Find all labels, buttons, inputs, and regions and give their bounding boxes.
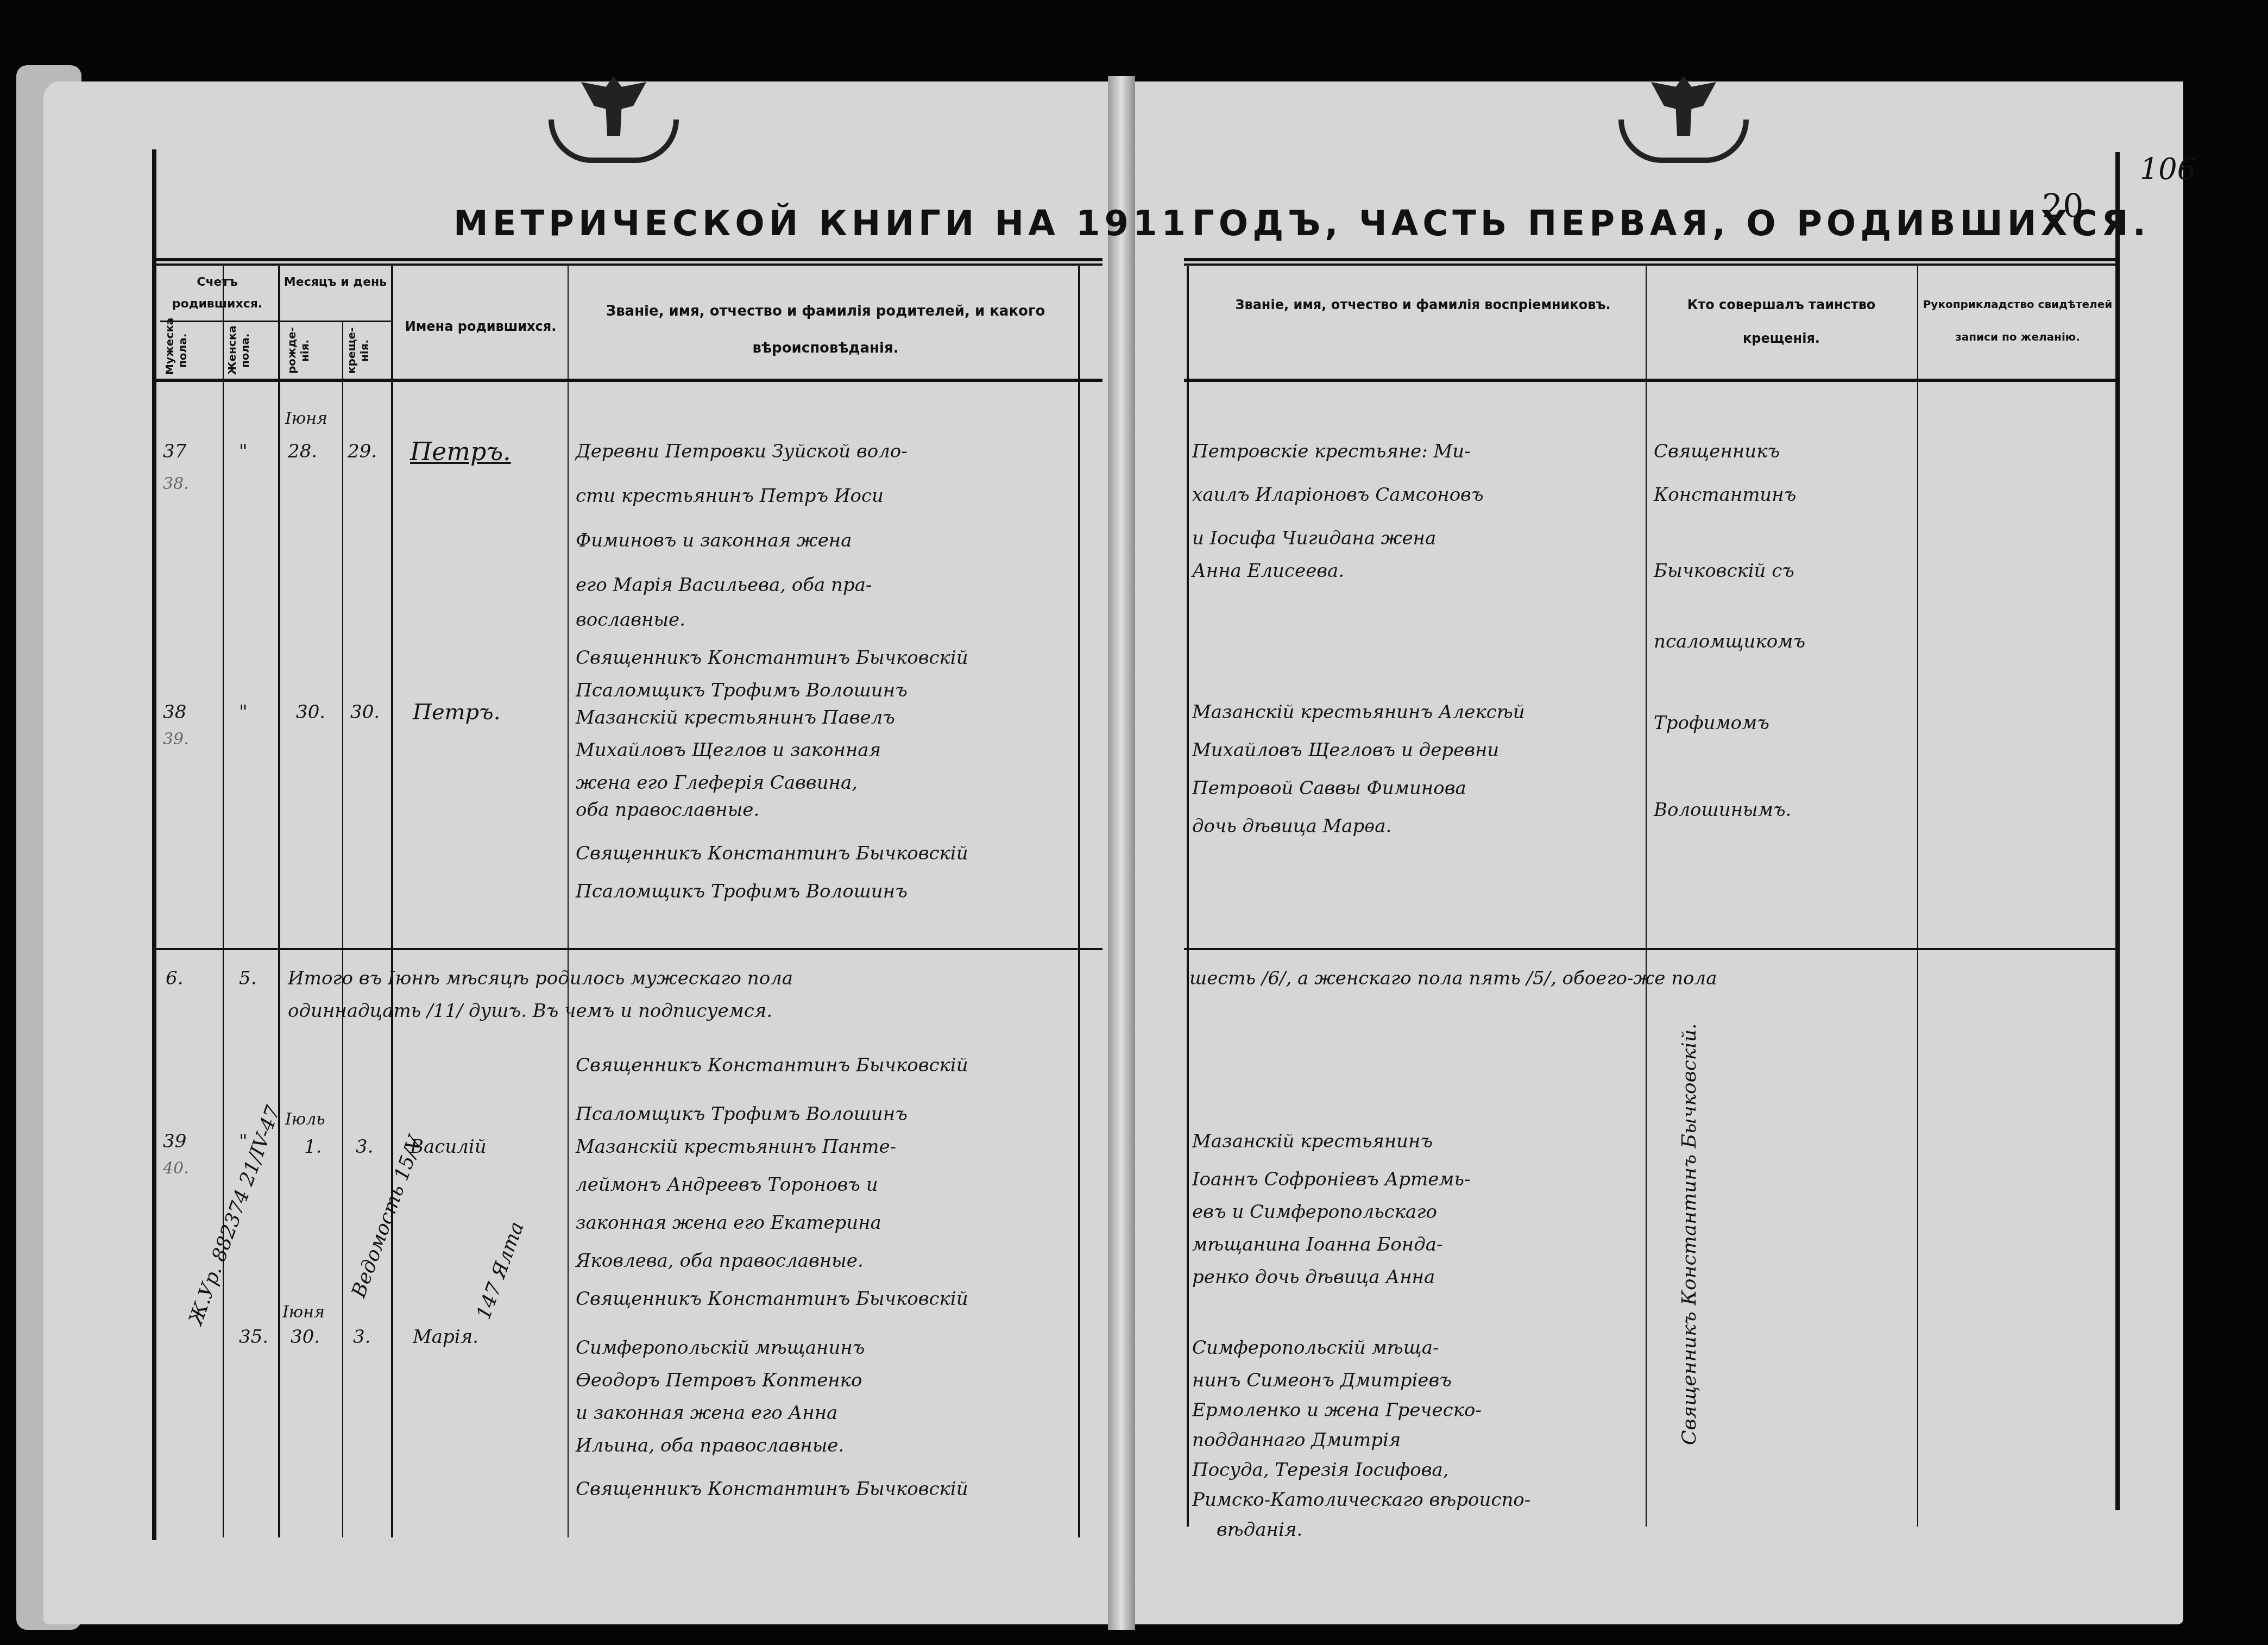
female-total: 5. [239, 956, 256, 1001]
header-count-group: Счетъ родившихся. [157, 272, 277, 315]
col-line [1917, 266, 1918, 1527]
child-name: Петръ. [410, 429, 511, 474]
book-spine [1108, 76, 1135, 1630]
signature-line: Псаломщикъ Трофимъ Волошинъ [576, 869, 908, 914]
header-parents: Званіе, имя, отчество и фамилія родителе… [587, 293, 1064, 367]
parents-line: Фиминовъ и законная жена [576, 518, 852, 563]
col-line [568, 266, 569, 1537]
subheader-rule [160, 321, 391, 322]
parents-line: Деревни Петровки Зуйской воло- [576, 429, 908, 474]
header-bottom-rule-left [155, 379, 1102, 382]
signature-line: Священникъ Константинъ Бычковскій [576, 1043, 968, 1088]
godparents-line: ренко дочь дѣвица Анна [1192, 1255, 1435, 1299]
archive-page-number: 106 [2140, 152, 2196, 186]
header-date-birth: рожде-нія. [285, 326, 339, 375]
female-count: " [239, 429, 248, 474]
officiant-line: псаломщикомъ [1654, 619, 1805, 664]
col-line [391, 266, 393, 1537]
male-count-alt: 39. [163, 717, 189, 762]
col-line [1078, 266, 1080, 1537]
header-godparents: Званіе, имя, отчество и фамилія воспріем… [1211, 288, 1635, 322]
right-page-title: ГОДЪ, ЧАСТЬ ПЕРВАЯ, О РОДИВШИХСЯ. [1192, 204, 2150, 244]
godparents-line: дочь дѣвица Марѳа. [1192, 804, 1391, 849]
parents-line: сти крестьянинъ Петръ Иоси [576, 474, 884, 518]
male-count-alt: 38. [163, 462, 189, 506]
officiant-line: Священникъ [1654, 429, 1780, 474]
child-name: Петръ. [413, 690, 500, 734]
signature-line: Священникъ Константинъ Бычковскій [576, 1277, 968, 1321]
female-count: 35. [239, 1315, 268, 1359]
officiant-line: Константинъ [1654, 473, 1796, 517]
imperial-eagle-emblem-left [549, 76, 679, 168]
vertical-officiant-note: Священникъ Константинъ Бычковскій. [1678, 1000, 1700, 1445]
officiant-line: Трофимомъ [1654, 701, 1769, 745]
header-date-group: Месяцъ и день [280, 272, 391, 293]
female-count: " [239, 690, 248, 734]
month-total-rule-left [155, 948, 1102, 950]
header-top-rule-right [1184, 258, 2118, 266]
left-page-title: МЕТРИЧЕСКОЙ КНИГИ НА 1911 [453, 204, 1190, 244]
baptism-day: 30. [350, 690, 380, 734]
birth-day: 30. [291, 1315, 320, 1359]
col-line [1187, 266, 1189, 1527]
child-name: Марія. [413, 1315, 478, 1359]
printed-page-number: 20 [2042, 187, 2083, 225]
summary-line: шесть /6/, а женскаго пола пять /5/, обо… [1189, 956, 1717, 1001]
parents-line: Ильина, оба православные. [576, 1423, 844, 1468]
col-line [342, 321, 343, 1537]
officiant-line: Бычковскій съ [1654, 549, 1794, 593]
godparents-line: Петровскіе крестьяне: Ми- [1192, 429, 1471, 474]
baptism-day: 3. [356, 1125, 373, 1169]
month-total-rule-right [1184, 948, 2118, 950]
godparents-line: вѣданія. [1217, 1508, 1302, 1552]
parents-line: оба православные. [576, 788, 759, 832]
imperial-eagle-emblem-right [1618, 76, 1749, 168]
ribbon-icon [549, 120, 679, 163]
male-count-alt: 40. [163, 1146, 189, 1191]
godparents-line: Анна Елисеева. [1192, 549, 1344, 593]
header-top-rule-left [155, 258, 1102, 266]
col-line [278, 266, 280, 1537]
header-names: Имена родившихся. [394, 315, 568, 338]
header-bottom-rule-right [1184, 379, 2118, 382]
birth-day: 28. [288, 429, 317, 474]
header-date-baptism: креще-нія. [345, 326, 388, 375]
header-count-male: Мужеска пола. [163, 326, 217, 375]
baptism-day: 3. [353, 1315, 370, 1359]
ribbon-icon [1618, 120, 1749, 163]
col-line [223, 266, 224, 1537]
godparents-line: хаилъ Иларіоновъ Самсоновъ [1192, 473, 1484, 517]
birth-day: 30. [296, 690, 325, 734]
officiant-line: Волошинымъ. [1654, 788, 1791, 832]
left-frame [152, 149, 156, 1540]
header-count-female: Женска пола. [225, 326, 277, 375]
right-frame [2115, 152, 2120, 1510]
baptism-day: 29. [348, 429, 377, 474]
summary-line: одиннадцать /11/ душъ. Въ чемъ и подпису… [288, 989, 772, 1033]
header-officiant: Кто совершалъ таинство крещенія. [1656, 288, 1906, 356]
col-line [1646, 266, 1647, 1527]
signature-line: Священникъ Константинъ Бычковскій [576, 1467, 968, 1511]
male-total: 6. [166, 956, 183, 1001]
birth-day: 1. [304, 1125, 322, 1169]
header-witnesses: Рукоприкладство свидѣтелей записи по жел… [1923, 288, 2113, 353]
